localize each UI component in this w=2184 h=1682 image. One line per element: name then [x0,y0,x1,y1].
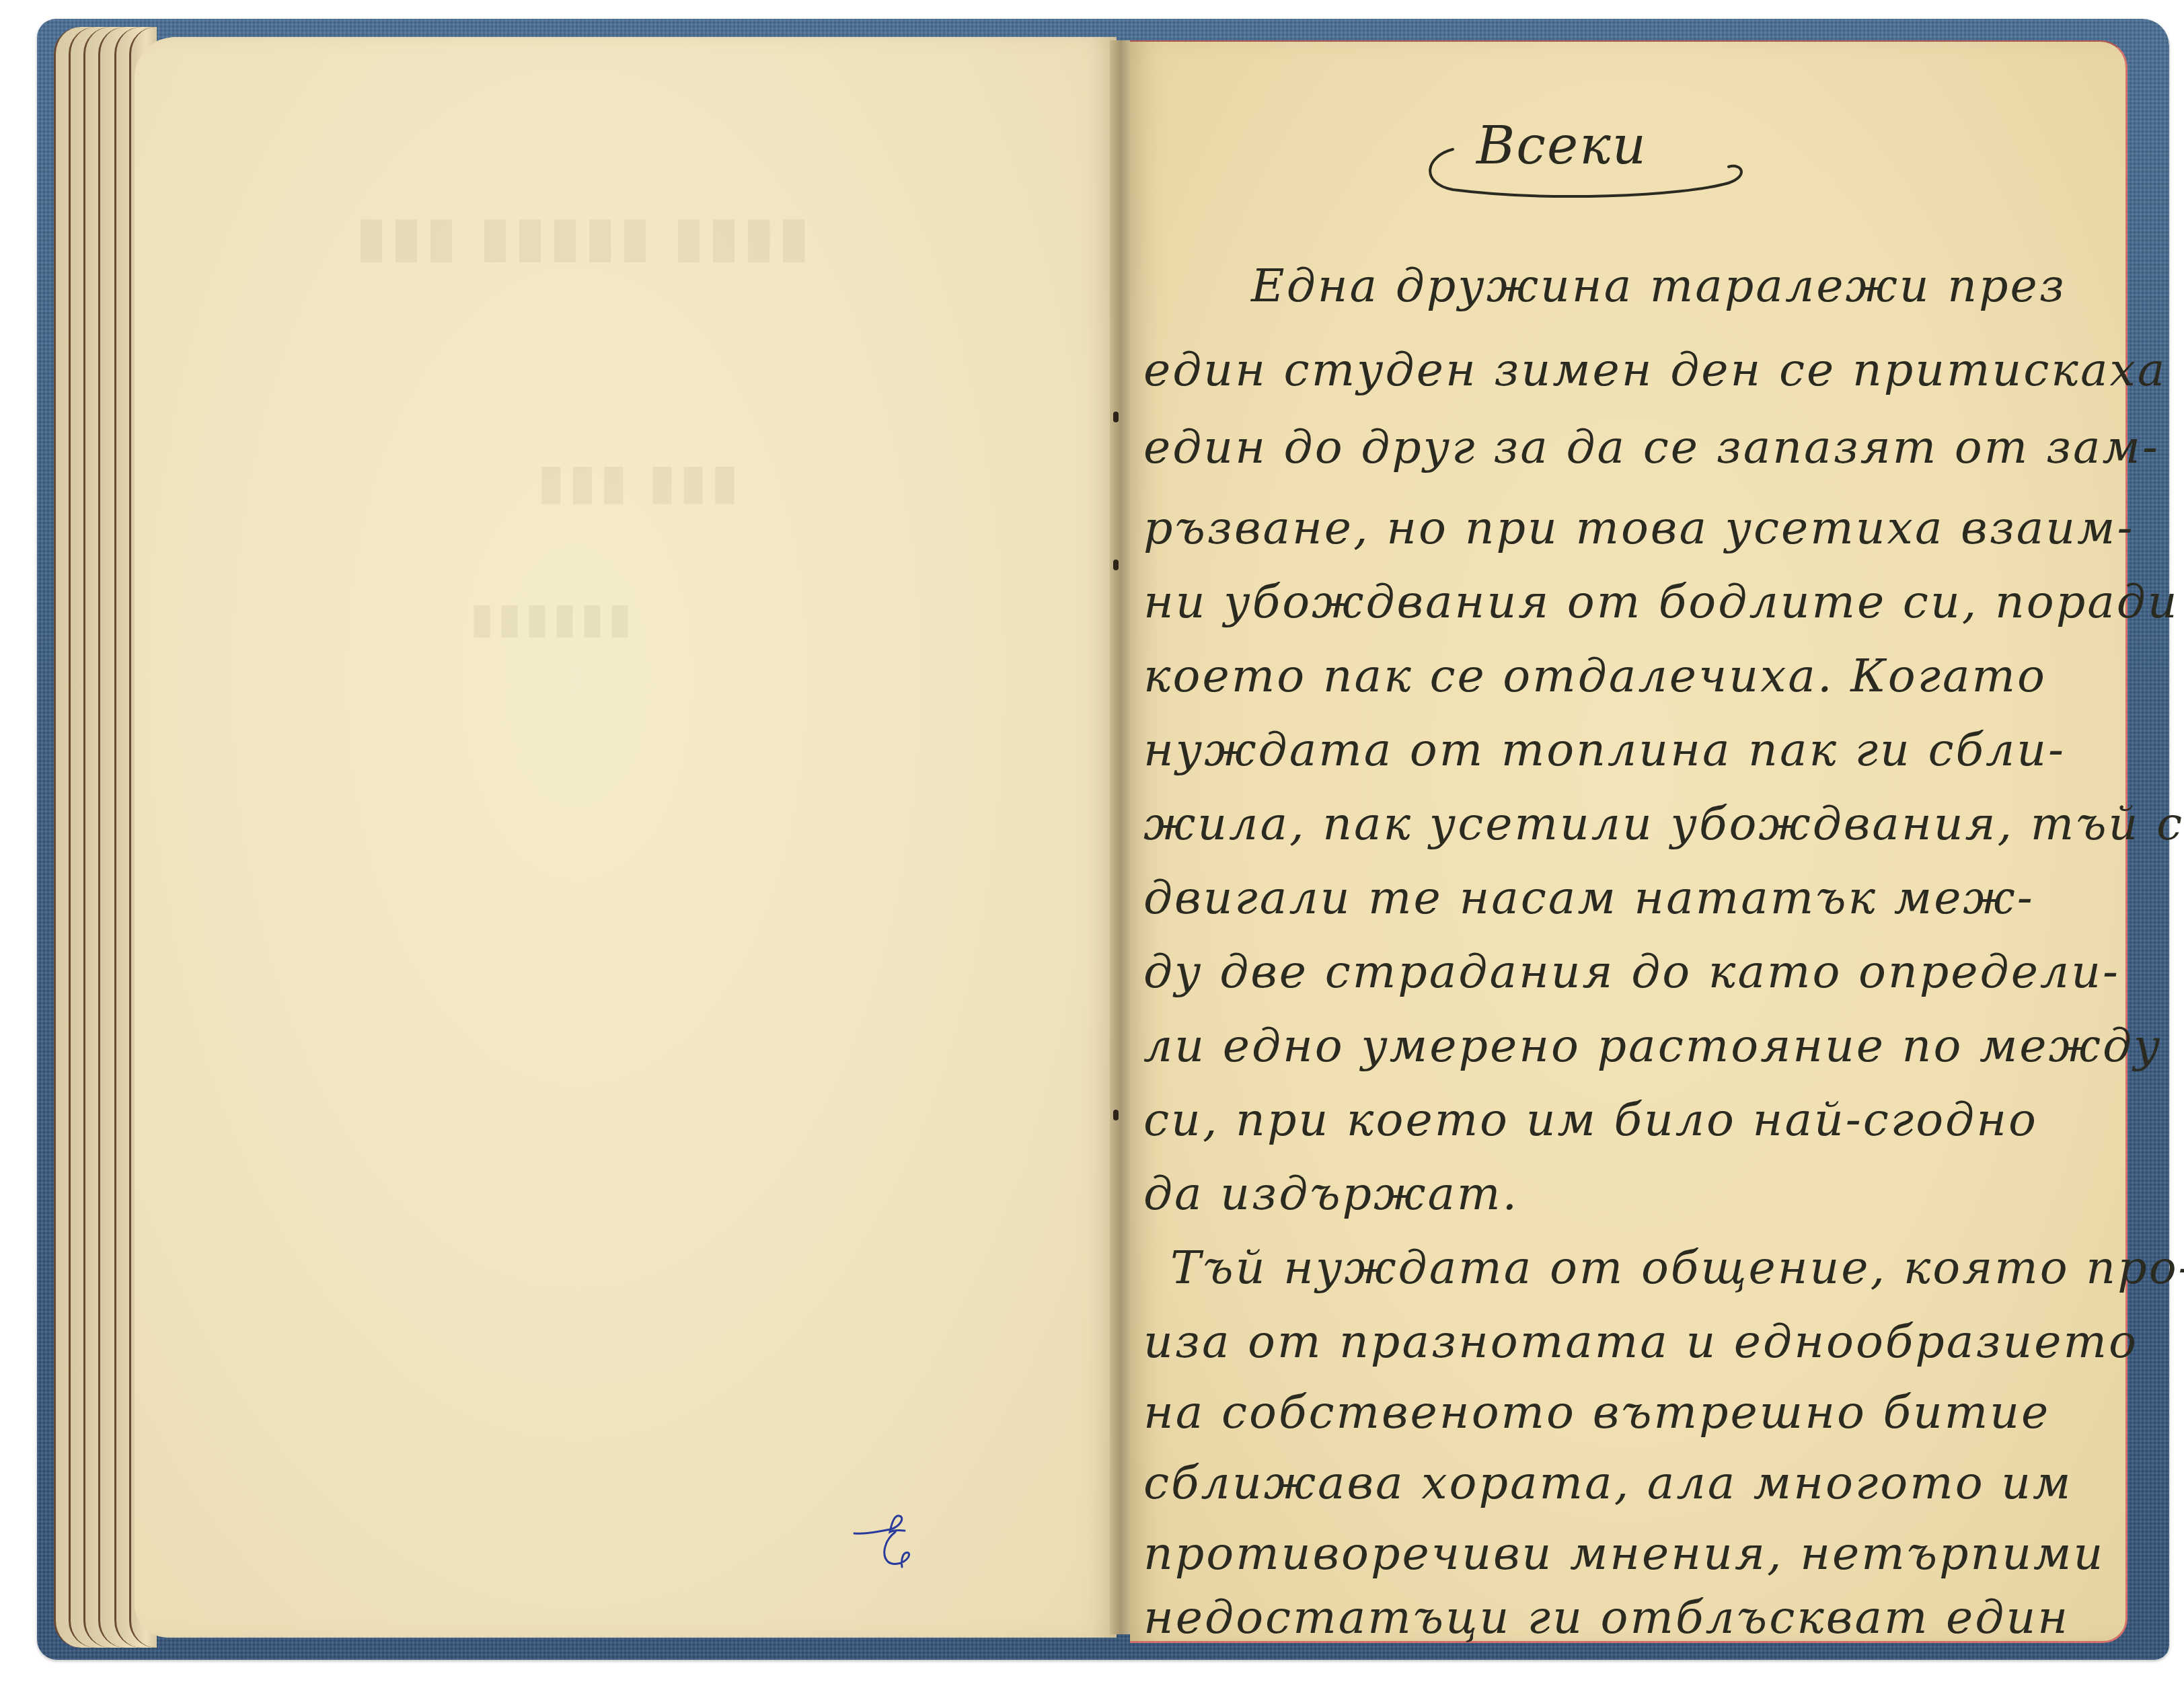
text-line: ду две страдания до като определи- [1143,950,2120,995]
text-line: противоречиви мнения, нетърпими [1143,1531,2105,1577]
text-line: един студен зимен ден се притискаха [1143,348,2167,393]
left-page[interactable]: ▮▮▮ ▮▮▮▮▮ ▮▮▮▮ ▮▮▮ ▮▮▮ ▮▮▮▮▮▮ [135,37,1117,1638]
text-line: си, при което им било най-сгодно [1143,1098,2038,1143]
text-line: жила, пак усетили убождвания, тъй се [1143,802,2184,847]
text-line: ръзване, но при това усетиха взаим- [1143,506,2134,551]
text-line: ли едно умерено растояние по между [1143,1024,2162,1069]
page-title: Всеки [1476,116,1647,176]
binding-stitch [1113,412,1119,422]
text-line: ни убождвания от бодлите си, поради [1143,580,2179,625]
show-through-text: ▮▮▮▮▮▮ [471,595,636,642]
binding-stitch [1113,1110,1119,1120]
text-line: сближава хората, ала многото им [1143,1461,2072,1506]
title-block: Всеки [1413,116,1749,196]
show-through-text: ▮▮▮ ▮▮▮▮▮ ▮▮▮▮ [356,205,814,268]
text-line: което пак се отдалечиха. Когато [1143,654,2047,699]
text-line: да издържат. [1143,1172,1519,1217]
text-line: нуждата от топлина пак ги сбли- [1143,728,2066,773]
text-line: иза от празнотата и еднообразието [1143,1320,2138,1365]
show-through-text: ▮▮▮ ▮▮▮ [538,454,743,510]
scan-background: ▮▮▮ ▮▮▮▮▮ ▮▮▮▮ ▮▮▮ ▮▮▮ ▮▮▮▮▮▮ Всеки Една… [0,0,2184,1682]
text-line: един до друг за да се запазят от зам- [1143,425,2160,471]
text-line: Една дружина таралежи през [1251,264,2066,309]
right-page[interactable]: Всеки Една дружина таралежи през един ст… [1130,40,2127,1643]
text-line: двигали те насам нататък меж- [1143,876,2035,921]
text-line: Тъй нуждата от общение, която про- [1170,1246,2184,1291]
binding-stitch [1113,560,1119,570]
text-line: недостатъци ги отблъскват един [1143,1595,2070,1641]
text-line: на собственото вътрешно битие [1143,1390,2050,1436]
blue-ink-monogram-icon [851,1513,932,1580]
